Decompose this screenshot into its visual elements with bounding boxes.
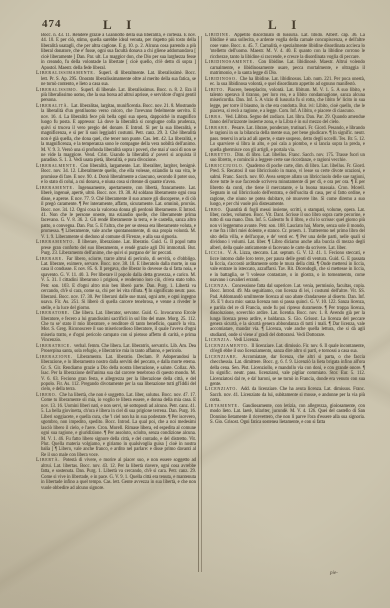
entry-headword: Libertà. <box>36 457 63 463</box>
dictionary-entry: Librare. Pesare. Lat. librare, ponderare… <box>205 126 365 153</box>
entry-headword: Lietamente. <box>205 403 243 409</box>
entry-headword: Libro. <box>205 207 226 213</box>
dictionary-entry: Liberatore. Che libera. Lat. liberator, … <box>36 311 196 344</box>
dictionary-entry: Liberalità. Lat. liberalitas, largitas, … <box>36 104 196 164</box>
entry-headword: Liberatrice. <box>36 343 74 349</box>
entry-continuation: Bocc. n. 43. 11. Rendere grazie a Gianno… <box>36 33 196 71</box>
running-head-right: L I <box>268 17 302 33</box>
dictionary-entry: Liberamento. Il liberare, liberazione. L… <box>36 240 196 256</box>
dictionary-entry: Libidinosamente. Con libidine. Lat. libi… <box>205 60 365 76</box>
dictionary-entry: Liberamente. Ingenuamente, apertamente, … <box>36 186 196 241</box>
dictionary-entry: Liberalissimamente. Superl. di liberalme… <box>36 71 196 87</box>
entry-headword: Libidine. <box>205 33 234 38</box>
dictionary-entry: Liberalmente. Con liberalità, largamente… <box>36 164 196 186</box>
entry-headword: Liberamente. <box>36 185 78 191</box>
entry-headword: Libricciuolo. <box>205 163 246 169</box>
dictionary-entry: Lietamente. Gaudiosamente, con letizia, … <box>205 404 365 426</box>
text-column-right: Libidine. Appetito disordinato di lussur… <box>205 33 365 573</box>
dictionary-entry: Libero. Che ha libertà, che non è sogget… <box>36 393 196 458</box>
dictionary-entry: Libidinoso. Che ha libidine. Lat. libidi… <box>205 77 365 88</box>
dictionary-entry: Libertà. Potestà di vivere, e morire al … <box>36 458 196 491</box>
dictionary-entry: Liberalissimo. Superl. di liberale. Lat.… <box>36 88 196 104</box>
entry-headword: Licenziare. <box>205 354 242 360</box>
text-column-left: Bocc. n. 43. 11. Rendere grazie a Gianno… <box>36 33 196 573</box>
entry-headword: Licenziato. <box>205 386 241 392</box>
catchword: pie- <box>330 571 338 576</box>
column-divider-rule <box>198 36 202 572</box>
entry-headword: Liberare. <box>36 256 66 262</box>
entry-headword: Liberalità. <box>36 103 71 109</box>
page-number: 474 <box>42 18 62 30</box>
entry-headword: Libretto. <box>205 152 235 158</box>
dictionary-entry: Liberazione. Liberamento. Lat. liberatio… <box>36 355 196 393</box>
dictionary-entry: Liccia. V. A. Lizza, steccato. Lat. sept… <box>205 251 365 284</box>
dictionary-entry: Libricciuolo. Quaderno di poche carte, d… <box>205 164 365 208</box>
entry-headword: Liberamento. <box>36 239 78 245</box>
entry-headword: Liberalissimo. <box>36 87 81 93</box>
book-page: 474 L I L I Bocc. n. 43. 11. Rendere gra… <box>0 0 390 608</box>
entry-headword: Liberalmente. <box>36 163 80 169</box>
entry-headword: Liberatore. <box>36 310 73 316</box>
entry-headword: Liberalissimamente. <box>36 70 99 76</box>
entry-headword: Libito. <box>205 87 228 93</box>
entry-headword: Liberazione. <box>36 354 77 360</box>
entry-headword: Libidinoso. <box>205 76 240 82</box>
dictionary-entry: Libito. Piacere, beneplacito, volontà. L… <box>205 88 365 115</box>
entry-headword: Libra. <box>205 114 225 120</box>
entry-headword: Libidinosamente. <box>205 59 258 65</box>
entry-headword: Libero. <box>36 392 59 398</box>
entry-headword: Licenziamento. <box>205 343 251 349</box>
dictionary-entry: Libidine. Appetito disordinato di lussur… <box>205 33 365 60</box>
entry-headword: Librare. <box>205 125 232 131</box>
dictionary-entry: Liberare. Far libero, sciorre, trarre al… <box>36 257 196 312</box>
dictionary-entry: Licenza. Concessione fatta dal superiore… <box>205 284 365 339</box>
entry-headword: Licenza. <box>205 283 232 289</box>
dictionary-entry: Licenziato. Add. da licenziare. Che ha a… <box>205 387 365 403</box>
dictionary-entry: Licenziare. Accomiatare, dar licenza, ch… <box>205 355 365 388</box>
entry-headword: Liccia. <box>205 250 228 256</box>
dictionary-entry: Libro. Quantità di fogli messi insieme, … <box>205 208 365 252</box>
running-head-left: L I <box>103 17 137 33</box>
